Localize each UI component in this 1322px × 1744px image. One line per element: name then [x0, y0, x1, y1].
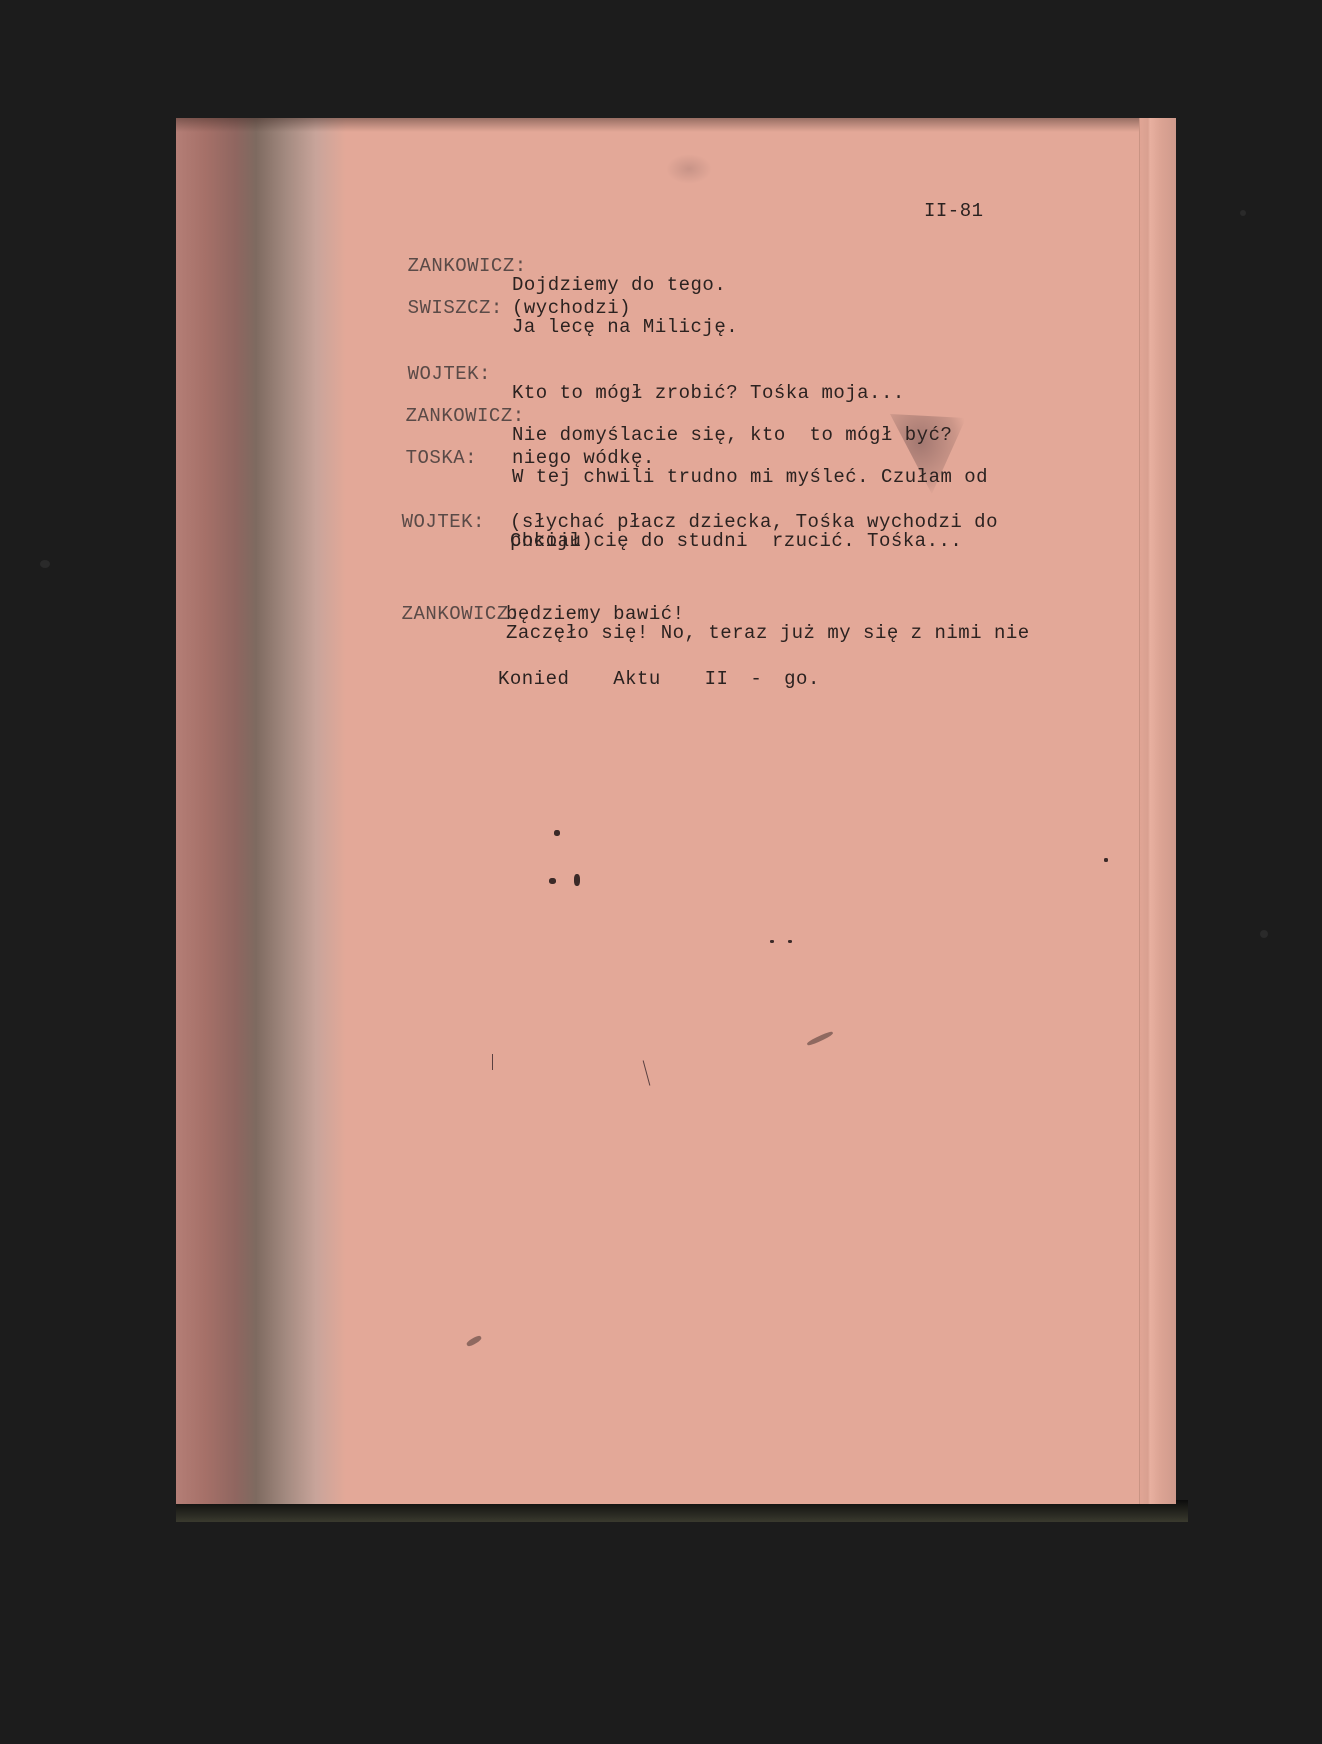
ink-speck [466, 1334, 483, 1347]
speech-line: Ja lecę na Milicję. [512, 318, 738, 337]
stage-direction: pokoju) [510, 532, 593, 551]
dialogue-entry: ZANKOWICZ: Zaczęło się! No, teraz już my… [354, 586, 402, 681]
smudge-mark [666, 154, 712, 184]
speech-line: Zaczęło się! No, teraz już my się z nimi… [506, 624, 1030, 643]
speech-line: Nie domyślacie się, kto to mógł być? [512, 426, 952, 445]
speech-line: W tej chwili trudno mi myśleć. Czułam od [512, 468, 988, 487]
speech-line: będziemy bawić! [506, 605, 685, 624]
page-stack-edge [1139, 118, 1176, 1504]
speech-line: Kto to mógł zrobić? Tośka moja... [512, 384, 905, 403]
speaker-label: TOSKA: [406, 449, 477, 468]
page-number: II-81 [924, 202, 984, 221]
ink-speck [574, 874, 580, 886]
background-speck [1260, 930, 1268, 938]
book-spine-shadow [176, 118, 346, 1504]
ink-speck [549, 878, 556, 884]
speaker-label: ZANKOWICZ: [408, 257, 527, 276]
ink-speck [788, 940, 792, 943]
speech-line: niego wódkę. [512, 449, 655, 468]
speech-line: Dojdziemy do tego. [512, 276, 726, 295]
background-speck [1240, 210, 1246, 216]
ink-speck [1104, 858, 1108, 862]
typewritten-page: II-81 ZANKOWICZ: Dojdziemy do tego. SWIS… [176, 118, 1176, 1504]
speaker-label: ZANKOWICZ: [406, 407, 525, 426]
speaker-label: ZANKOWICZ: [402, 605, 521, 624]
background-speck [40, 560, 50, 568]
speaker-label: WOJTEK: [408, 365, 491, 384]
page-top-shadow [176, 118, 1176, 132]
ink-speck [770, 940, 774, 943]
ink-speck [806, 1030, 833, 1046]
act-end-line: Konied Aktu II - go. [498, 670, 820, 689]
speaker-label: WOJTEK: [402, 513, 485, 532]
paper-scratch [492, 1054, 493, 1070]
stage-direction: (wychodzi) [512, 299, 631, 318]
ink-speck [554, 830, 560, 836]
speaker-label: SWISZCZ: [408, 299, 503, 318]
paper-scratch [643, 1060, 651, 1085]
